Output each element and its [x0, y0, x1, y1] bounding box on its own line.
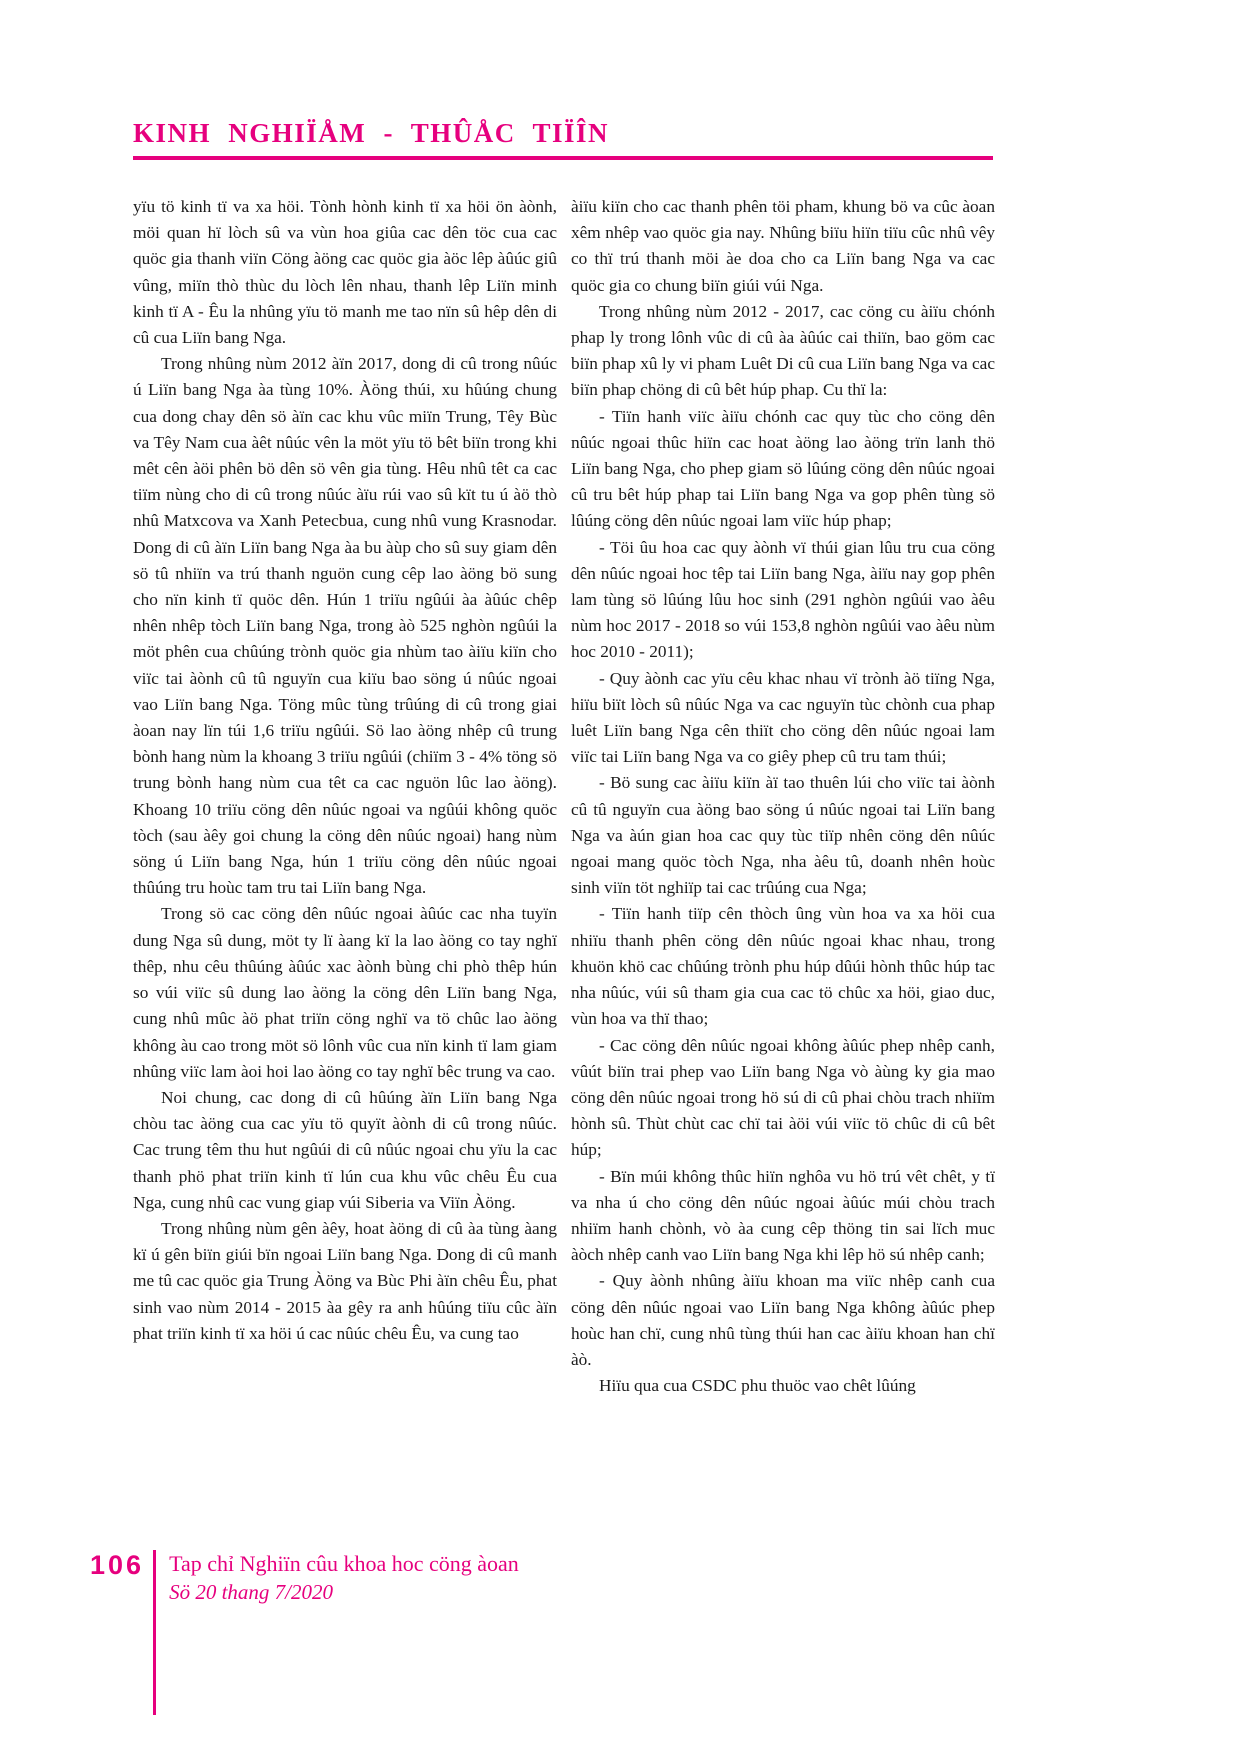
journal-title: Tap chỉ Nghiïn cûu khoa hoc cöng àoan: [169, 1550, 519, 1578]
paragraph: - Quy àònh nhûng àiïu khoan ma viïc nhêp…: [571, 1268, 995, 1373]
paragraph: yïu tö kinh tï va xa höi. Tònh hònh kinh…: [133, 194, 557, 351]
footer-text: Tap chỉ Nghiïn cûu khoa hoc cöng àoan Sö…: [169, 1550, 519, 1606]
paragraph: - Bö sung cac àiïu kiïn àï tao thuên lúi…: [571, 770, 995, 901]
header-rule: [133, 156, 993, 160]
paragraph: Noi chung, cac dong di cû hûúng àïn Liïn…: [133, 1085, 557, 1216]
page-footer: 106 Tap chỉ Nghiïn cûu khoa hoc cöng àoa…: [90, 1550, 519, 1715]
left-column: yïu tö kinh tï va xa höi. Tònh hònh kinh…: [133, 194, 557, 1399]
footer-divider: [153, 1550, 156, 1715]
page-number: 106: [90, 1550, 144, 1580]
section-title: KINH NGHIÏÅM - THÛÅC TIÏÎN: [133, 118, 993, 149]
paragraph: - Tiïn hanh viïc àiïu chónh cac quy tùc …: [571, 404, 995, 535]
paragraph: Trong nhûng nùm 2012 - 2017, cac cöng cu…: [571, 299, 995, 404]
paragraph: - Quy àònh cac yïu cêu khac nhau vï tròn…: [571, 666, 995, 771]
article-body: yïu tö kinh tï va xa höi. Tònh hònh kinh…: [133, 194, 995, 1399]
paragraph: Trong sö cac cöng dên nûúc ngoai àûúc ca…: [133, 901, 557, 1084]
right-column: àiïu kiïn cho cac thanh phên töi pham, k…: [571, 194, 995, 1399]
page-header: KINH NGHIÏÅM - THÛÅC TIÏÎN: [133, 118, 993, 160]
paragraph: - Tiïn hanh tiïp cên thòch ûng vùn hoa v…: [571, 901, 995, 1032]
journal-page: KINH NGHIÏÅM - THÛÅC TIÏÎN yïu tö kinh t…: [0, 0, 1240, 1753]
paragraph: - Bïn múi không thûc hiïn nghôa vu hö tr…: [571, 1164, 995, 1269]
paragraph: - Cac cöng dên nûúc ngoai không àûúc phe…: [571, 1033, 995, 1164]
paragraph: Trong nhûng nùm gên àêy, hoat àöng di cû…: [133, 1216, 557, 1347]
issue-info: Sö 20 thang 7/2020: [169, 1578, 519, 1606]
paragraph: Trong nhûng nùm 2012 àïn 2017, dong di c…: [133, 351, 557, 901]
paragraph: Hiïu qua cua CSDC phu thuöc vao chêt lûú…: [571, 1373, 995, 1399]
paragraph: àiïu kiïn cho cac thanh phên töi pham, k…: [571, 194, 995, 299]
paragraph: - Töi ûu hoa cac quy àònh vï thúi gian l…: [571, 535, 995, 666]
